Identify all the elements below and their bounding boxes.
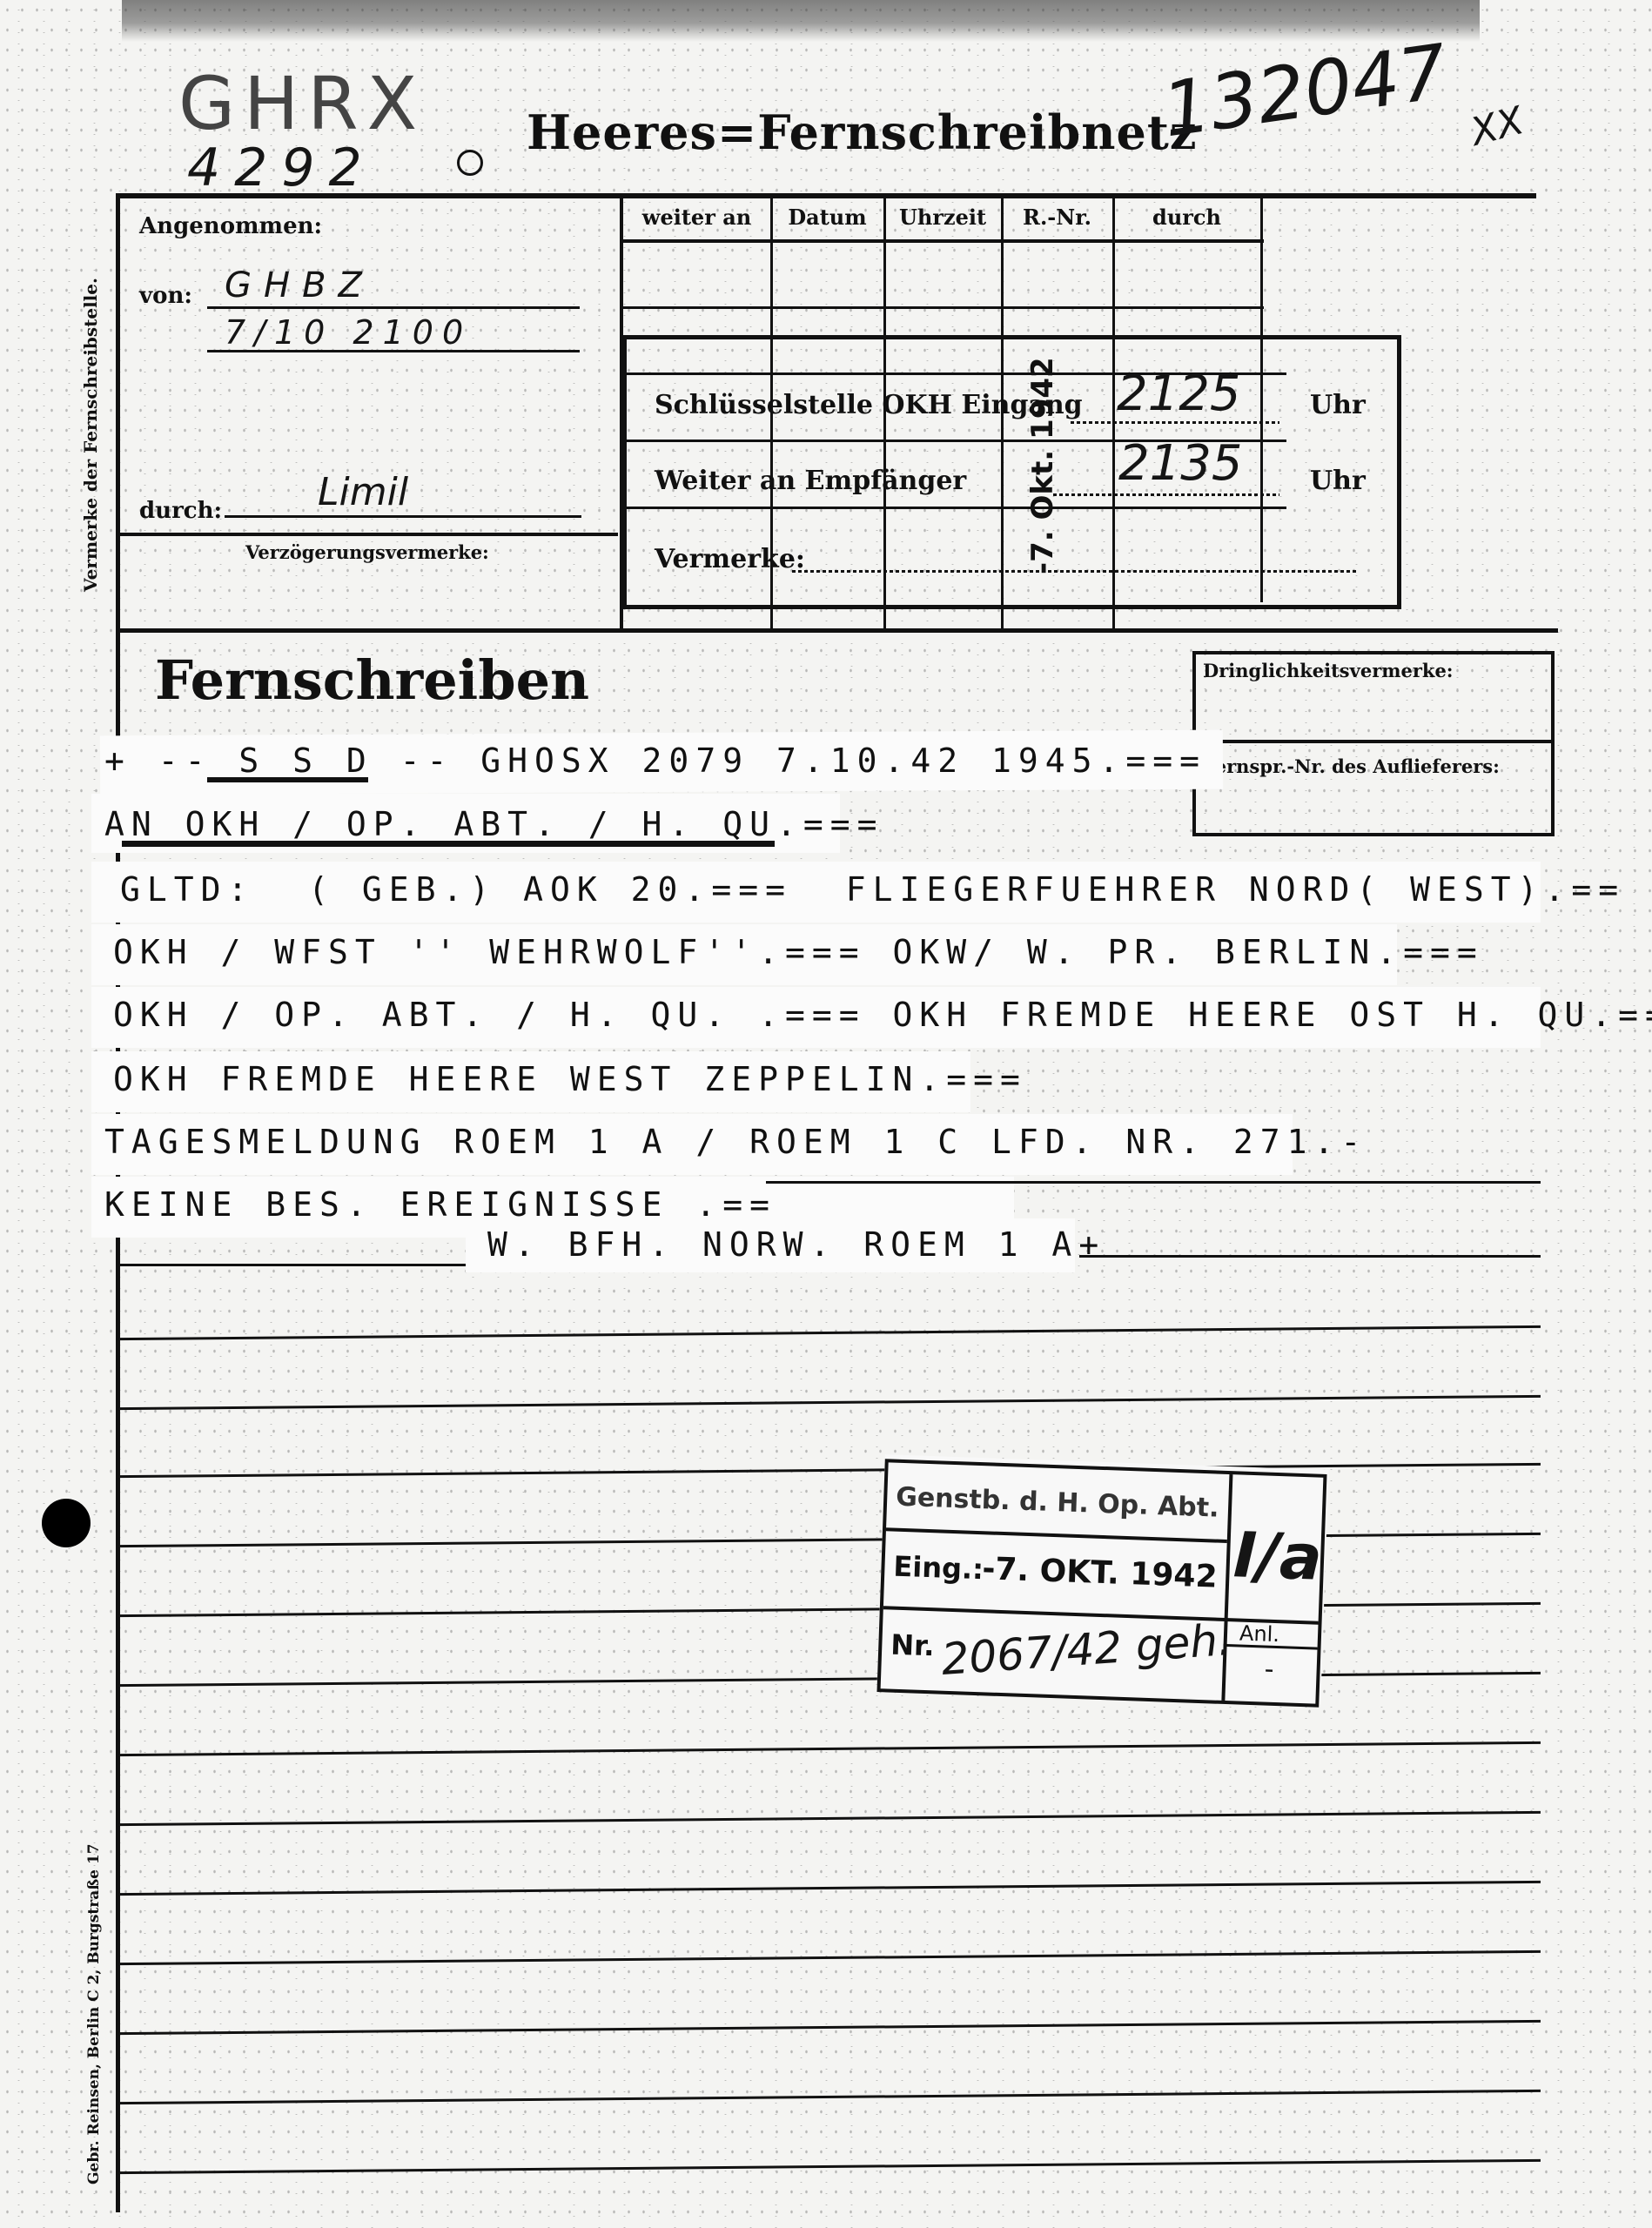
col-header-by: durch xyxy=(1115,205,1259,230)
ruled-line xyxy=(118,1264,466,1266)
form-title: Heeres=Fernschreibnetz xyxy=(527,104,1198,160)
side-mark: I/a xyxy=(1232,1518,1324,1594)
stamp-rule xyxy=(625,507,1286,509)
urgency-divider xyxy=(1192,740,1551,743)
table-header-rule xyxy=(620,239,1264,243)
urgency-label: Dringlichkeitsvermerke: xyxy=(1203,660,1454,681)
incoming-time: 2125 xyxy=(1117,366,1241,422)
message-line: OKH / OP. ABT. / H. QU. .=== OKH FREMDE … xyxy=(113,996,1652,1034)
circle-mark-icon xyxy=(457,150,483,176)
office-label: Genstb. d. H. Op. Abt. xyxy=(896,1482,1219,1524)
col-header-r-nr: R.-Nr. xyxy=(1004,205,1111,230)
by-signature: Limil xyxy=(318,470,408,514)
side-label-printer: Gebr. Reinsen, Berlin C 2, Burgstraße 17 xyxy=(85,1843,103,2184)
file-number-suffix: XX xyxy=(1466,98,1528,155)
stamp-code: GHRX xyxy=(178,61,426,146)
ssd-underline xyxy=(207,777,368,782)
number-label: Nr. xyxy=(890,1628,935,1663)
ruled-line xyxy=(118,2159,1541,2174)
message-line: TAGESMELDUNG ROEM 1 A / ROEM 1 C LFD. NR… xyxy=(104,1123,1367,1161)
reference-number: 4292 xyxy=(187,138,376,198)
incoming-dotted xyxy=(1071,421,1279,424)
phone-label: Fernspr.-Nr. des Auflieferers: xyxy=(1203,755,1500,777)
message-line: OKH / WFST '' WEHRWOLF''.=== OKW/ W. PR.… xyxy=(113,933,1484,971)
ruled-line xyxy=(118,1325,1541,1340)
section-rule xyxy=(118,628,1558,633)
from-underline xyxy=(207,306,580,309)
by-underline xyxy=(225,515,581,518)
side-label-notes: Vermerke der Fernschreibstelle. xyxy=(80,278,101,592)
datetime-underline xyxy=(207,350,580,352)
attachments-value: - xyxy=(1264,1654,1274,1685)
by-label: durch: xyxy=(139,498,222,524)
notes-dotted xyxy=(792,570,1358,573)
table-row-rule xyxy=(620,306,1264,309)
ruled-line xyxy=(118,1395,1541,1410)
stamp-row-rule xyxy=(886,1527,1227,1543)
addressee-underline xyxy=(122,841,775,847)
ruled-line xyxy=(118,1950,1541,1965)
ruled-line xyxy=(118,1602,1541,1617)
message-line: W. BFH. NORW. ROEM 1 A+ xyxy=(487,1225,1105,1264)
ruled-line xyxy=(118,1881,1541,1896)
from-label: von: xyxy=(139,283,192,309)
ruled-line xyxy=(766,1181,1541,1184)
stamp-inner-divider xyxy=(1221,1474,1232,1701)
message-line: KEINE BES. EREIGNISSE .== xyxy=(104,1185,776,1224)
forward-unit: Uhr xyxy=(1310,466,1366,496)
incoming-label: Schlüsselstelle OKH Eingang xyxy=(655,390,1083,420)
received-date: -7. OKT. 1942 xyxy=(982,1551,1218,1594)
message-line: OKH FREMDE HEERE WEST ZEPPELIN.=== xyxy=(113,1060,1027,1098)
hole-punch xyxy=(42,1499,91,1547)
col-header-time: Uhrzeit xyxy=(886,205,999,230)
incoming-unit: Uhr xyxy=(1310,390,1366,420)
file-number: 132047 xyxy=(1158,29,1453,155)
ruled-line xyxy=(118,2020,1541,2035)
col-header-date: Datum xyxy=(773,205,882,230)
from-datetime: 7/10 2100 xyxy=(225,313,472,352)
date-stamp-vertical: -7. Okt. 1942 xyxy=(1025,357,1060,574)
delay-rule xyxy=(118,533,618,536)
ruled-line xyxy=(118,1672,1541,1687)
message-line: + -- S S D -- GHOSX 2079 7.10.42 1945.==… xyxy=(104,742,1206,780)
forward-dotted xyxy=(1053,493,1279,496)
received-label: Eing.: xyxy=(893,1550,984,1587)
message-line: GLTD: ( GEB.) AOK 20.=== FLIEGERFUEHRER … xyxy=(120,870,1625,909)
ruled-line xyxy=(118,1533,1541,1547)
receipt-stamp: Genstb. d. H. Op. Abt. Eing.: -7. OKT. 1… xyxy=(876,1459,1326,1708)
number-value: 2067/42 geh. xyxy=(940,1614,1233,1685)
ruled-line xyxy=(1079,1255,1541,1258)
delay-notes-label: Verzögerungsvermerke: xyxy=(245,541,489,563)
ruled-line xyxy=(118,1811,1541,1826)
message-line: AN OKH / OP. ABT. / H. QU.=== xyxy=(104,805,883,843)
attachments-label: Anl. xyxy=(1239,1621,1280,1648)
message-heading: Fernschreiben xyxy=(155,648,589,712)
forward-label: Weiter an Empfänger xyxy=(655,466,966,496)
scan-edge-shadow xyxy=(122,0,1480,42)
col-header-forward-to: weiter an xyxy=(625,205,769,230)
forward-time: 2135 xyxy=(1118,435,1243,492)
notes-label: Vermerke: xyxy=(655,544,805,574)
ruled-line xyxy=(118,1741,1541,1756)
header-rule xyxy=(118,193,1536,198)
ruled-line xyxy=(118,2090,1541,2104)
from-value: GHBZ xyxy=(225,265,374,305)
accepted-label: Angenommen: xyxy=(139,213,322,239)
